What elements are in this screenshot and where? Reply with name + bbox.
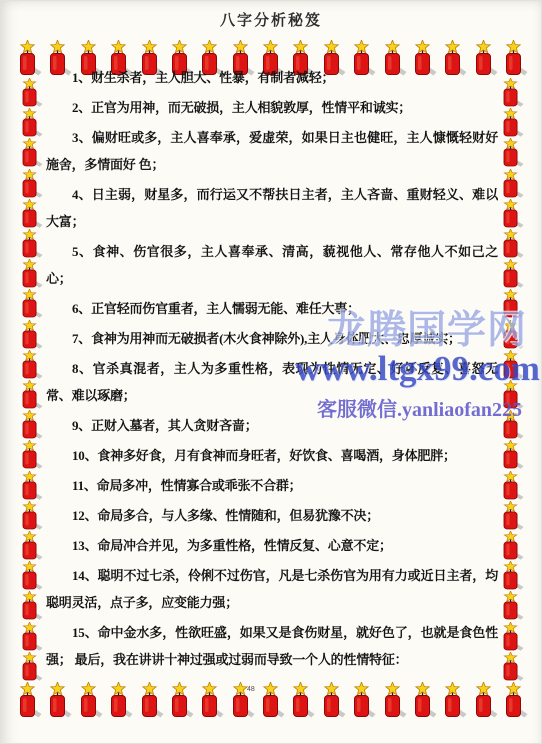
- firecracker-icon: [257, 682, 285, 719]
- firecracker-icon: [498, 471, 524, 501]
- list-item: 15、命中金水多，性欲旺盛，如果又是食伤财星，就好色了，也就是食色性强； 最后，…: [46, 619, 498, 673]
- firecracker-icon: [17, 78, 43, 108]
- list-item: 4、日主弱，财星多，而行运又不帮扶日主者，主人吝啬、重财轻义、难以大富；: [46, 181, 498, 235]
- firecracker-icon: [498, 531, 524, 561]
- firecracker-icon: [498, 138, 524, 168]
- firecracker-icon: [498, 652, 524, 682]
- firecracker-icon: [17, 199, 43, 229]
- firecracker-icon: [17, 561, 43, 591]
- firecracker-icon: [105, 682, 133, 719]
- firecracker-icon: [498, 501, 524, 531]
- firecracker-icon: [17, 531, 43, 561]
- border-left-firecrackers: [15, 78, 45, 682]
- list-item: 11、命局多冲，性情寡合或乖张不合群；: [46, 472, 498, 499]
- firecracker-icon: [17, 501, 43, 531]
- firecracker-icon: [17, 229, 43, 259]
- firecracker-icon: [17, 108, 43, 138]
- firecracker-icon: [498, 440, 524, 470]
- firecracker-icon: [470, 682, 498, 719]
- firecracker-icon: [17, 259, 43, 289]
- list-item: 13、命局冲合并见，为多重性格，性情反复、心意不定；: [46, 532, 498, 559]
- firecracker-icon: [17, 380, 43, 410]
- firecracker-icon: [498, 169, 524, 199]
- list-item: 2、正官为用神，而无破损，主人相貌敦厚，性情平和诚实；: [46, 94, 498, 121]
- list-item: 1、财生杀者，主人胆大、性暴，有制者减轻；: [46, 64, 498, 91]
- watermark-url: www.ltgx99.com: [295, 349, 540, 389]
- firecracker-icon: [318, 682, 346, 719]
- firecracker-icon: [498, 259, 524, 289]
- firecracker-icon: [500, 682, 528, 719]
- firecracker-icon: [75, 682, 103, 719]
- firecracker-icon: [17, 440, 43, 470]
- firecracker-icon: [379, 682, 407, 719]
- firecracker-icon: [166, 682, 194, 719]
- list-item: 5、食神、伤官很多，主人喜奉承、清高，藐视他人、常存他人不如己之心；: [46, 238, 498, 292]
- firecracker-icon: [17, 471, 43, 501]
- firecracker-icon: [44, 682, 72, 719]
- firecracker-icon: [348, 682, 376, 719]
- firecracker-icon: [17, 289, 43, 319]
- firecracker-icon: [498, 78, 524, 108]
- page-title: 八字分析秘笈: [0, 9, 542, 30]
- firecracker-icon: [14, 40, 42, 77]
- firecracker-icon: [498, 229, 524, 259]
- firecracker-icon: [17, 169, 43, 199]
- firecracker-icon: [14, 682, 42, 719]
- firecracker-icon: [136, 682, 164, 719]
- list-item: 14、聪明不过七杀，伶俐不过伤官，凡是七杀伤官为用有力或近日主者，均聪明灵活，点…: [46, 562, 498, 616]
- firecracker-icon: [500, 40, 528, 77]
- firecracker-icon: [409, 682, 437, 719]
- firecracker-icon: [498, 622, 524, 652]
- firecracker-icon: [17, 138, 43, 168]
- firecracker-icon: [439, 682, 467, 719]
- firecracker-icon: [498, 199, 524, 229]
- firecracker-icon: [17, 410, 43, 440]
- firecracker-icon: [498, 561, 524, 591]
- document-page: 八字分析秘笈 1、财生杀者，主人胆大、性暴，有制者减轻；2、正官为用神，而无破损…: [0, 0, 542, 744]
- firecracker-icon: [498, 591, 524, 621]
- firecracker-icon: [17, 591, 43, 621]
- firecracker-icon: [17, 652, 43, 682]
- firecracker-icon: [17, 320, 43, 350]
- border-bottom-firecrackers: [14, 682, 528, 720]
- firecracker-icon: [498, 108, 524, 138]
- watermark-contact: 客服微信.yanliaofan225: [317, 393, 522, 422]
- list-item: 3、偏财旺或多，主人喜奉承，爱虚荣，如果日主也健旺，主人慷慨轻财好施舍，多情面好…: [46, 124, 498, 178]
- watermark-site-name: 龙腾国学网: [327, 299, 527, 355]
- firecracker-icon: [287, 682, 315, 719]
- list-item: 10、食神多好食，月有食神而身旺者，好饮食、喜喝酒，身体肥胖；: [46, 442, 498, 469]
- firecracker-icon: [196, 682, 224, 719]
- firecracker-icon: [17, 350, 43, 380]
- page-number: 48: [247, 686, 255, 693]
- list-item: 12、命局多合，与人多缘、性情随和，但易犹豫不决；: [46, 502, 498, 529]
- firecracker-icon: [17, 622, 43, 652]
